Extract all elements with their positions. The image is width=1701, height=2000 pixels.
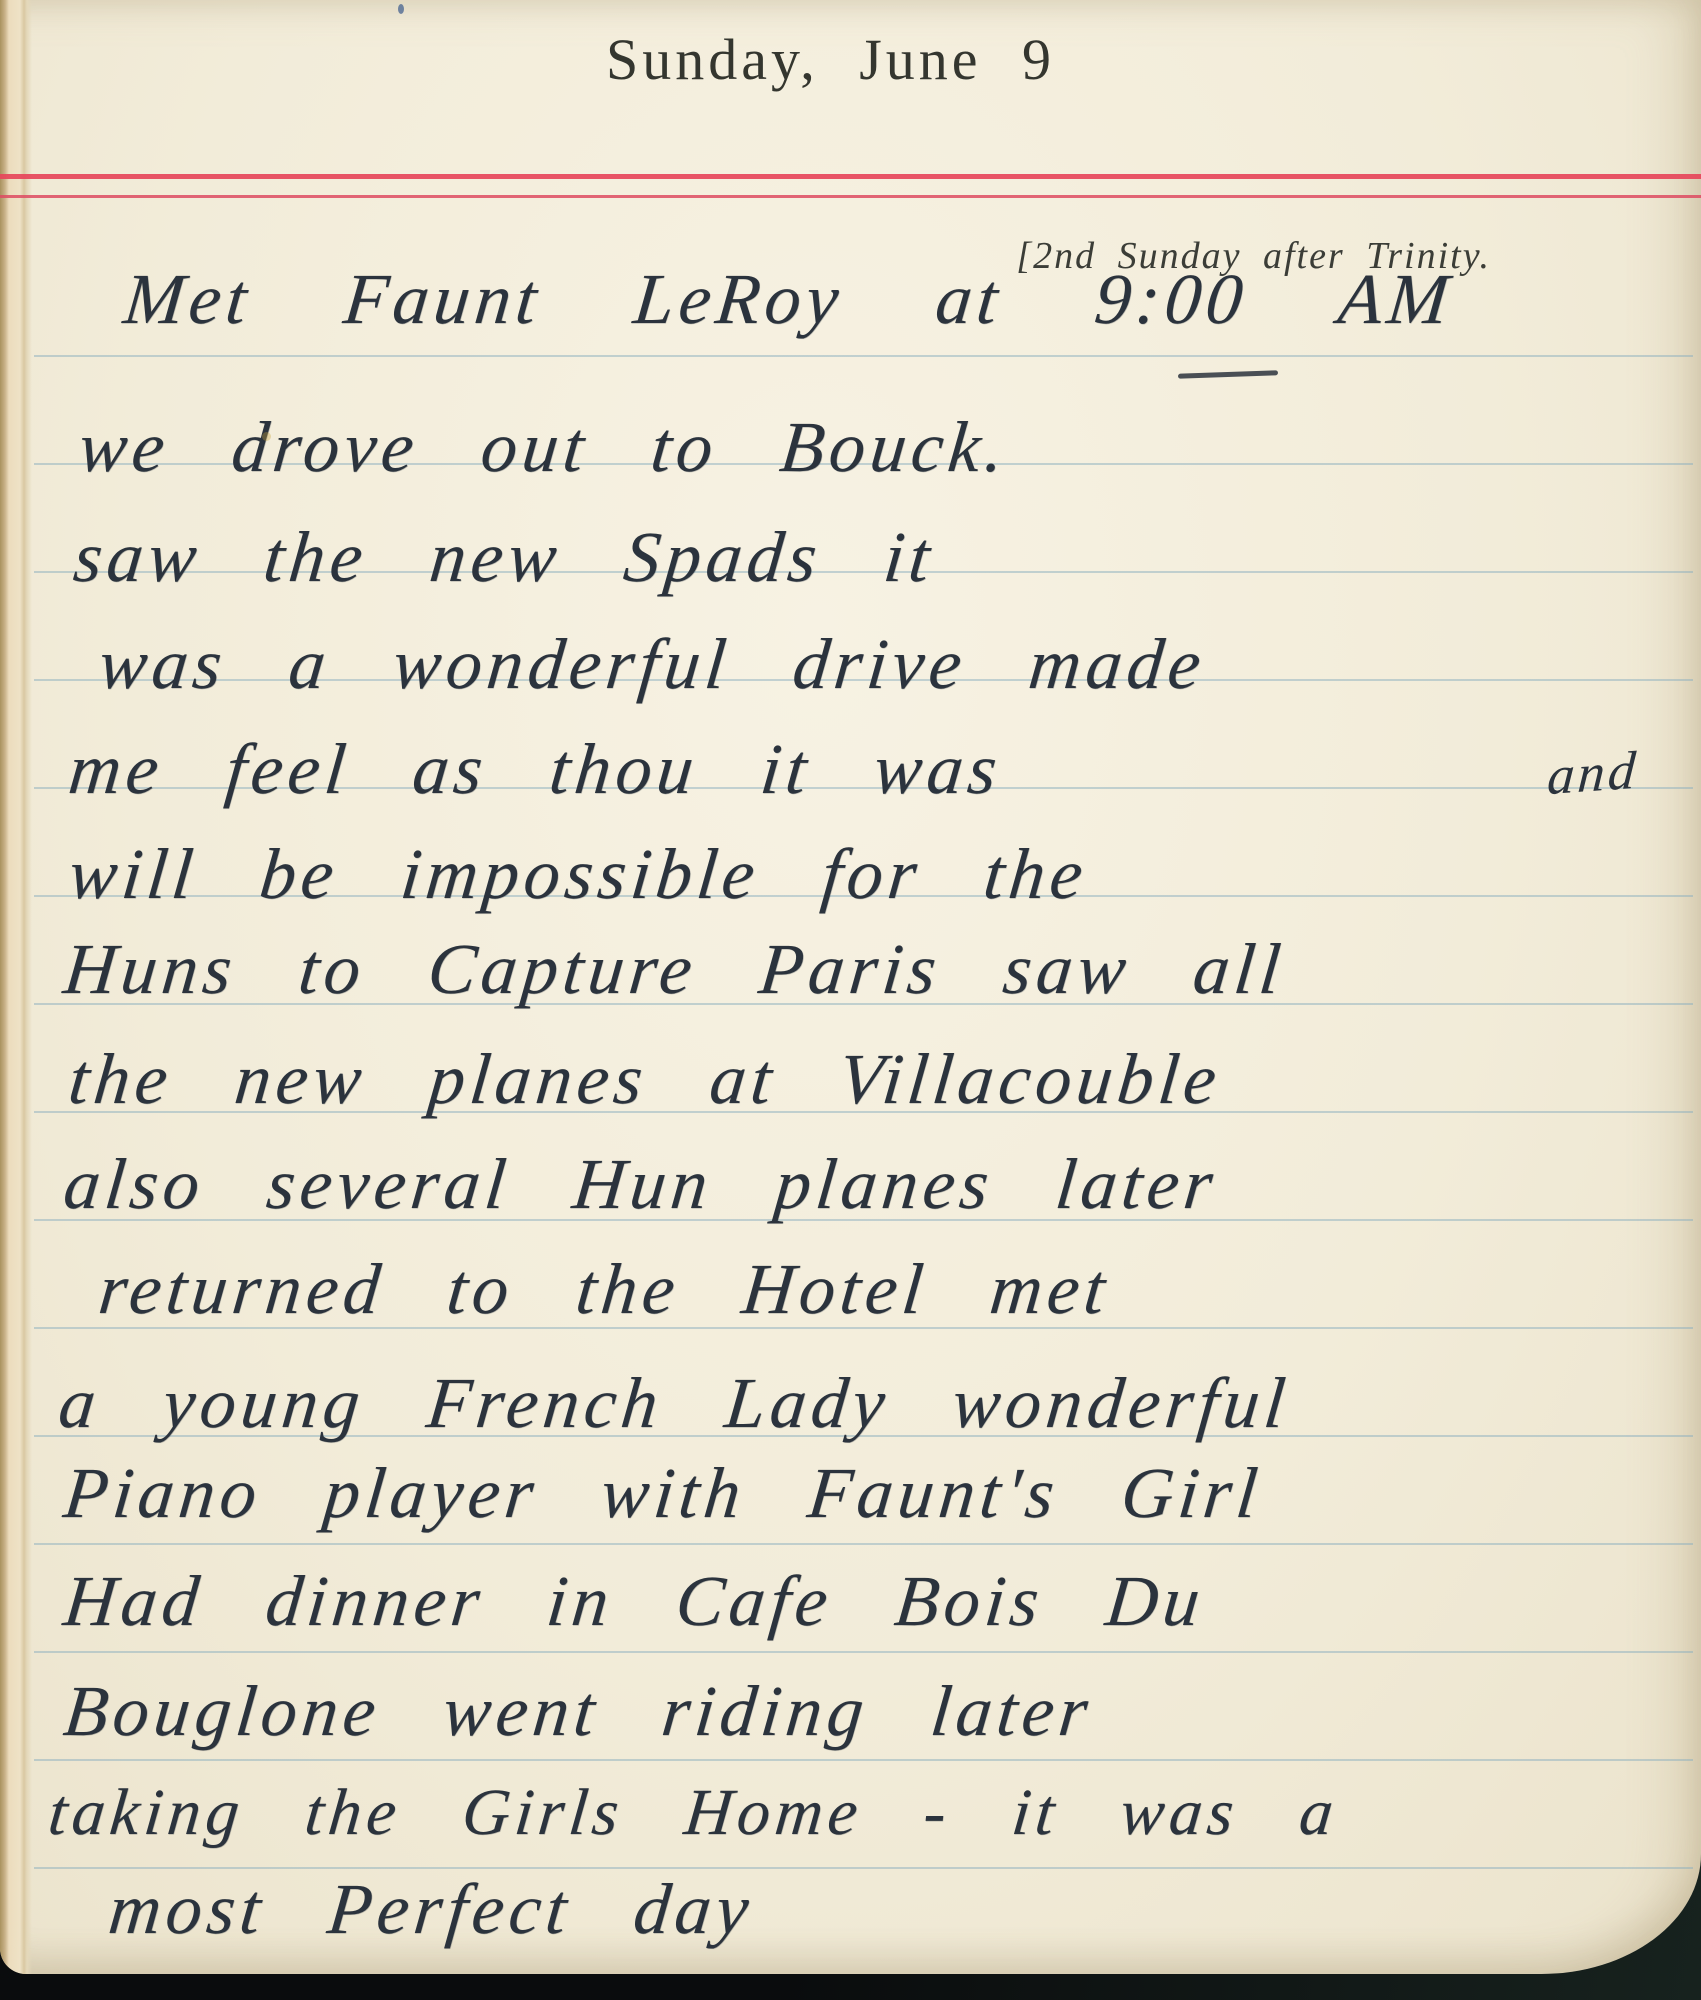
handwriting-line: saw the new Spads it (70, 516, 939, 599)
handwriting-line: Bouglone went riding later (60, 1670, 1097, 1753)
handwriting-line: most Perfect day (105, 1868, 758, 1951)
handwriting-line: Had dinner in Cafe Bois Du (60, 1560, 1209, 1643)
paper-speck (398, 4, 404, 14)
paper-speck (262, 432, 271, 441)
red-rule-bottom (0, 195, 1701, 198)
scanned-diary-photo: { "document": { "date_header": "Sunday, … (0, 0, 1701, 2000)
handwriting-line: taking the Girls Home - it was a (45, 1775, 1342, 1851)
handwriting-line: Piano player with Faunt's Girl (60, 1452, 1266, 1535)
diary-page: Sunday, June 9 [2nd Sunday after Trinity… (0, 0, 1701, 1974)
red-rule-top (0, 174, 1701, 179)
handwriting-line: Met Faunt LeRoy at 9:00 AM (120, 258, 1457, 341)
handwriting-line: a young French Lady wonderful (55, 1362, 1294, 1445)
handwriting-line: me feel as thou it was (65, 728, 1006, 811)
handwriting-line: Huns to Capture Paris saw all (60, 928, 1289, 1011)
handwriting-line: also several Hun planes later (60, 1143, 1222, 1226)
handwriting-line: returned to the Hotel met (95, 1248, 1114, 1331)
handwriting-line: will be impossible for the (65, 833, 1092, 916)
handwriting-line: we drove out to Bouck. (75, 406, 1013, 489)
handwriting-line: was a wonderful drive made (95, 623, 1210, 706)
ink-underline (1178, 370, 1278, 378)
page-binding-edge (0, 0, 32, 1974)
handwriting-inserted-word: and (1545, 739, 1640, 807)
handwriting-line: the new planes at Villacouble (65, 1038, 1225, 1121)
printed-date-header: Sunday, June 9 (0, 26, 1661, 93)
